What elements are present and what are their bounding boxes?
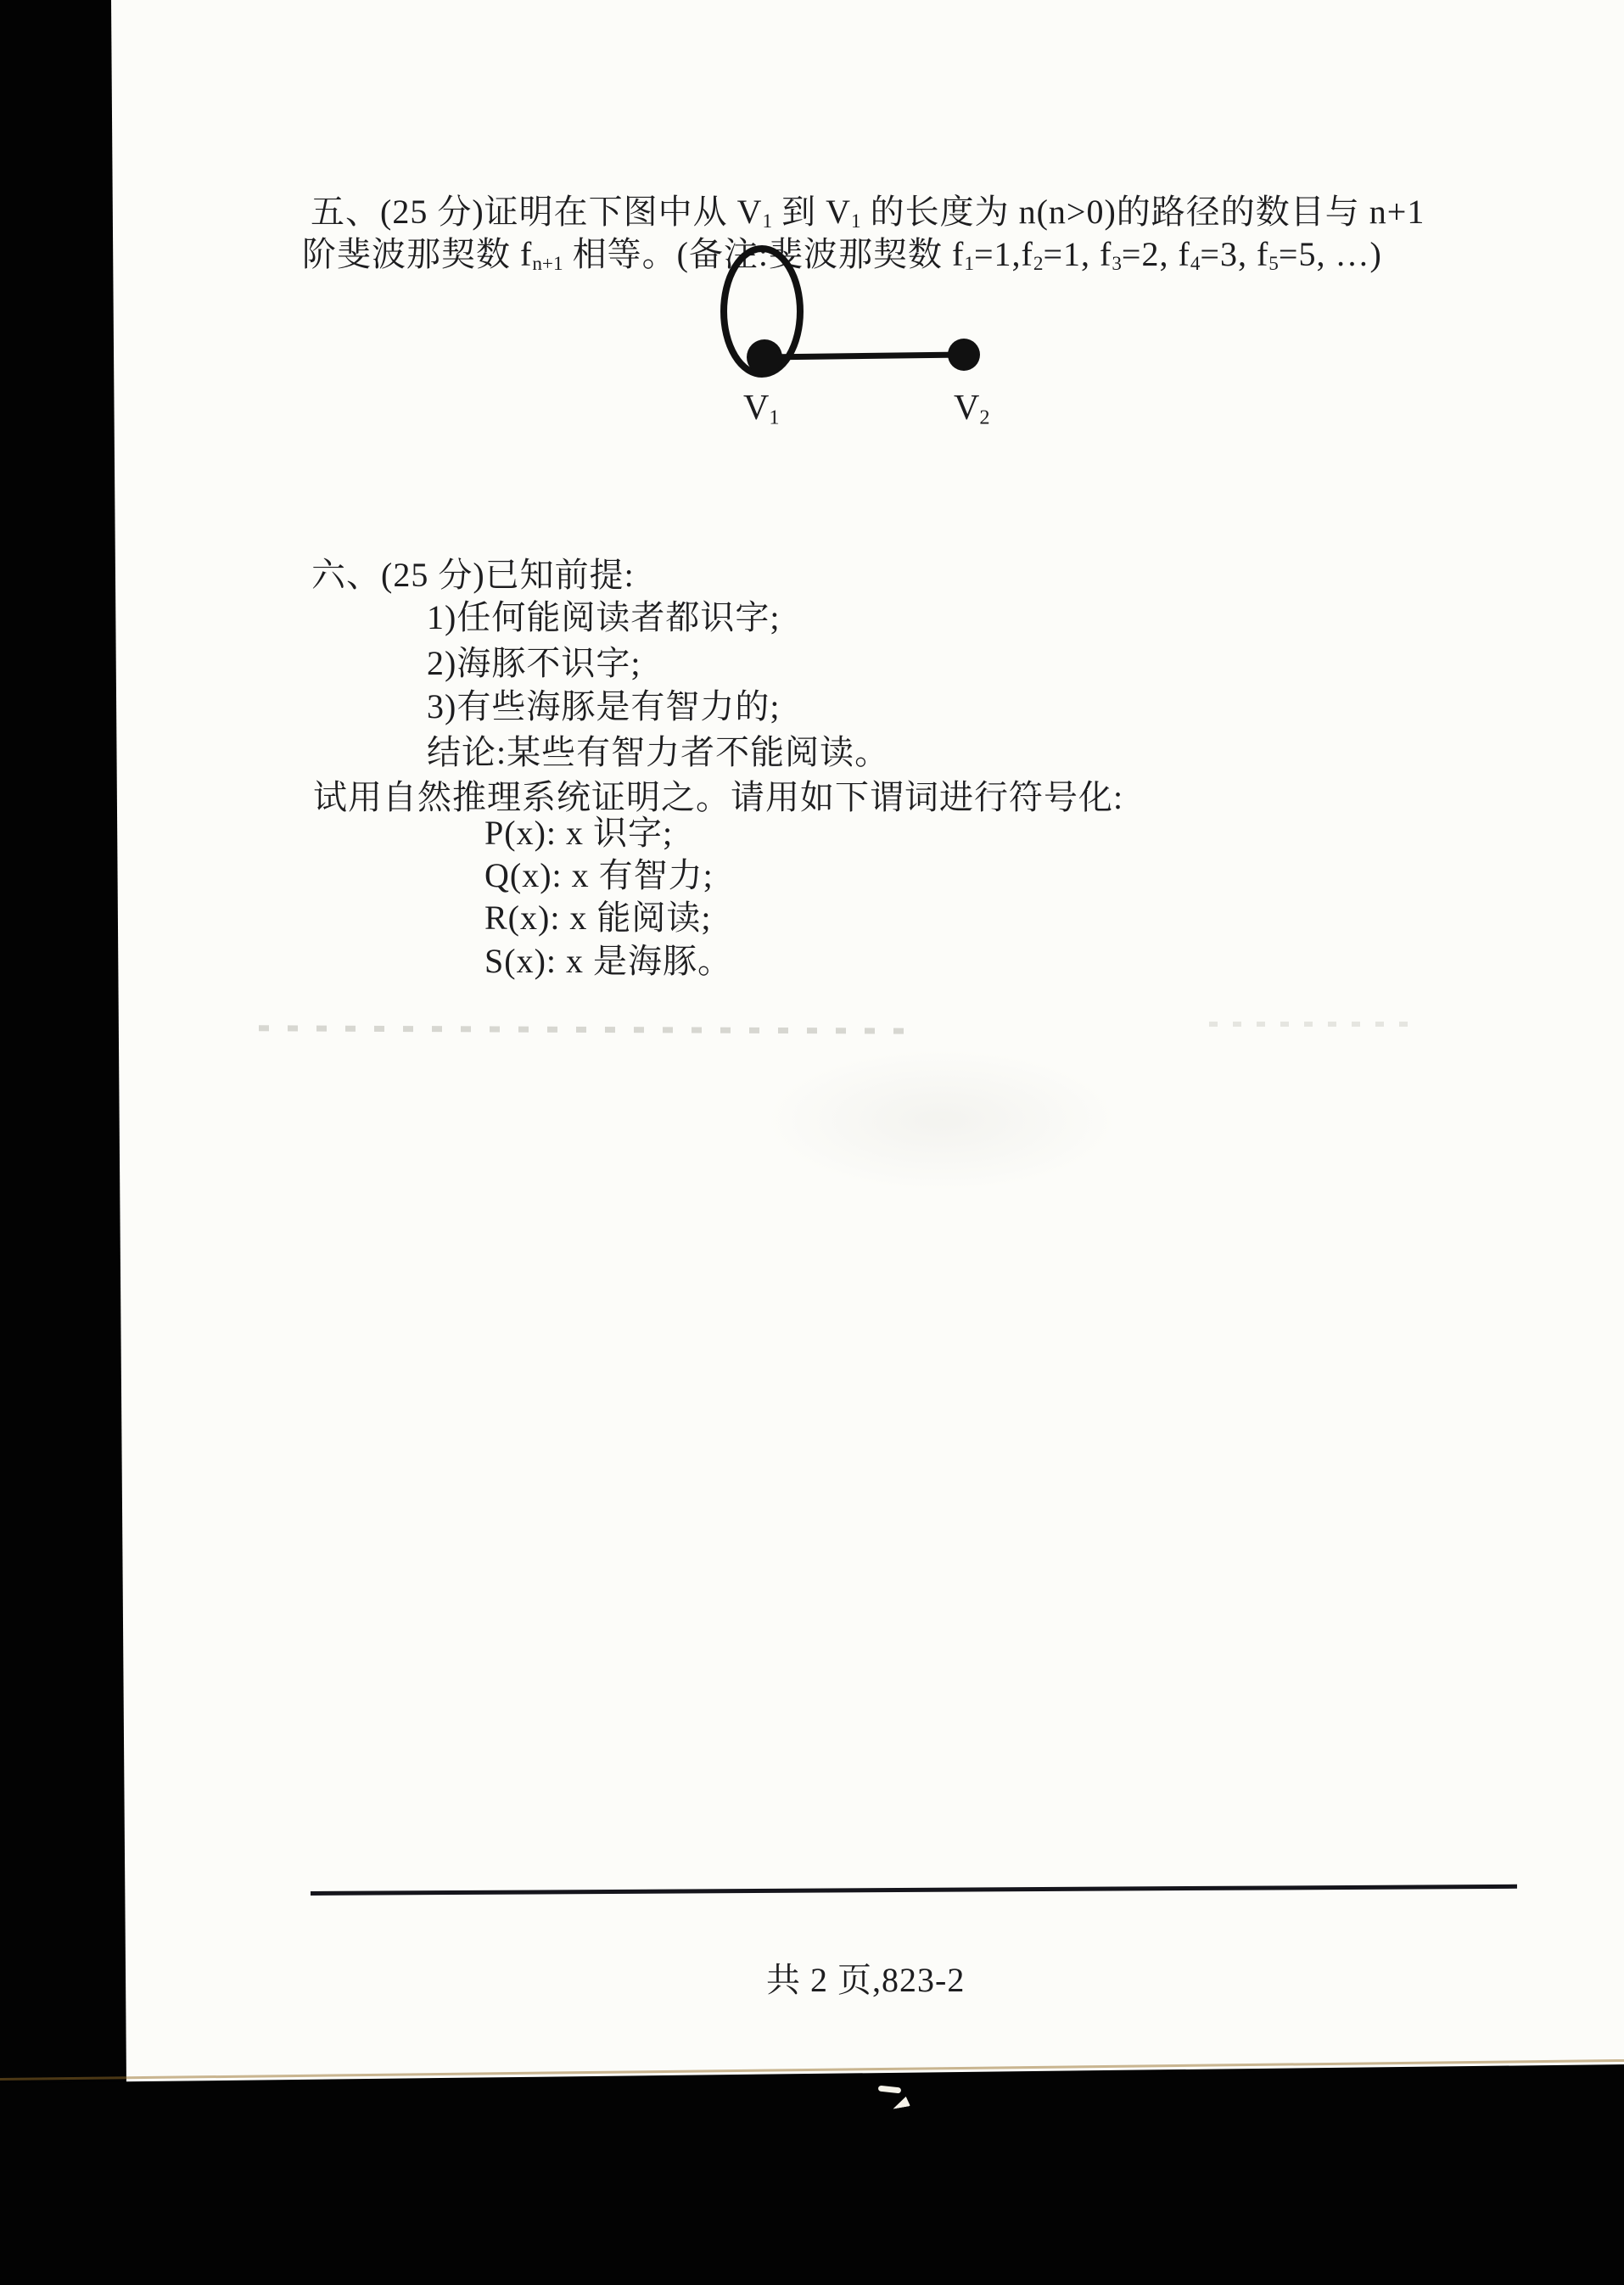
- scanned-exam-page: 五、(25 分)证明在下图中从 V1 到 V1 的长度为 n(n>0)的路径的数…: [0, 0, 1624, 2285]
- scan-smudge: [764, 1048, 1120, 1192]
- footer-page-note: 共 2 页,823-2: [766, 1960, 965, 2000]
- vertex-v1-node: [747, 339, 782, 375]
- question6-instruction: 试用自然推理系统证明之。请用如下谓词进行符号化:: [313, 777, 1123, 817]
- question6-premise-3: 3)有些海豚是有智力的;: [427, 686, 780, 726]
- question6-header: 六、(25 分)已知前提:: [311, 555, 635, 595]
- graph-diagram: [687, 241, 1010, 385]
- question6-conclusion: 结论:某些有智力者不能阅读。: [427, 732, 889, 772]
- predicate-q: Q(x): x 有智力;: [484, 855, 714, 895]
- scan-smudge: [259, 1025, 921, 1033]
- predicate-p: P(x): x 识字;: [484, 813, 673, 853]
- question6-premise-2: 2)海豚不识字;: [427, 643, 641, 683]
- predicate-s: S(x): x 是海豚。: [484, 941, 732, 981]
- vertex-v2-node: [948, 339, 980, 371]
- scan-smudge: [1209, 1022, 1413, 1027]
- question6-premise-1: 1)任何能阅读者都识字;: [427, 597, 780, 637]
- predicate-r: R(x): x 能阅读;: [484, 898, 712, 938]
- vertex-v2-label: V2: [954, 390, 990, 428]
- footer-rule: [311, 1885, 1517, 1896]
- edge-v1-v2: [764, 355, 964, 357]
- question5-line-1: 五、(25 分)证明在下图中从 V1 到 V1 的长度为 n(n>0)的路径的数…: [311, 192, 1425, 233]
- vertex-v1-label: V1: [743, 390, 780, 428]
